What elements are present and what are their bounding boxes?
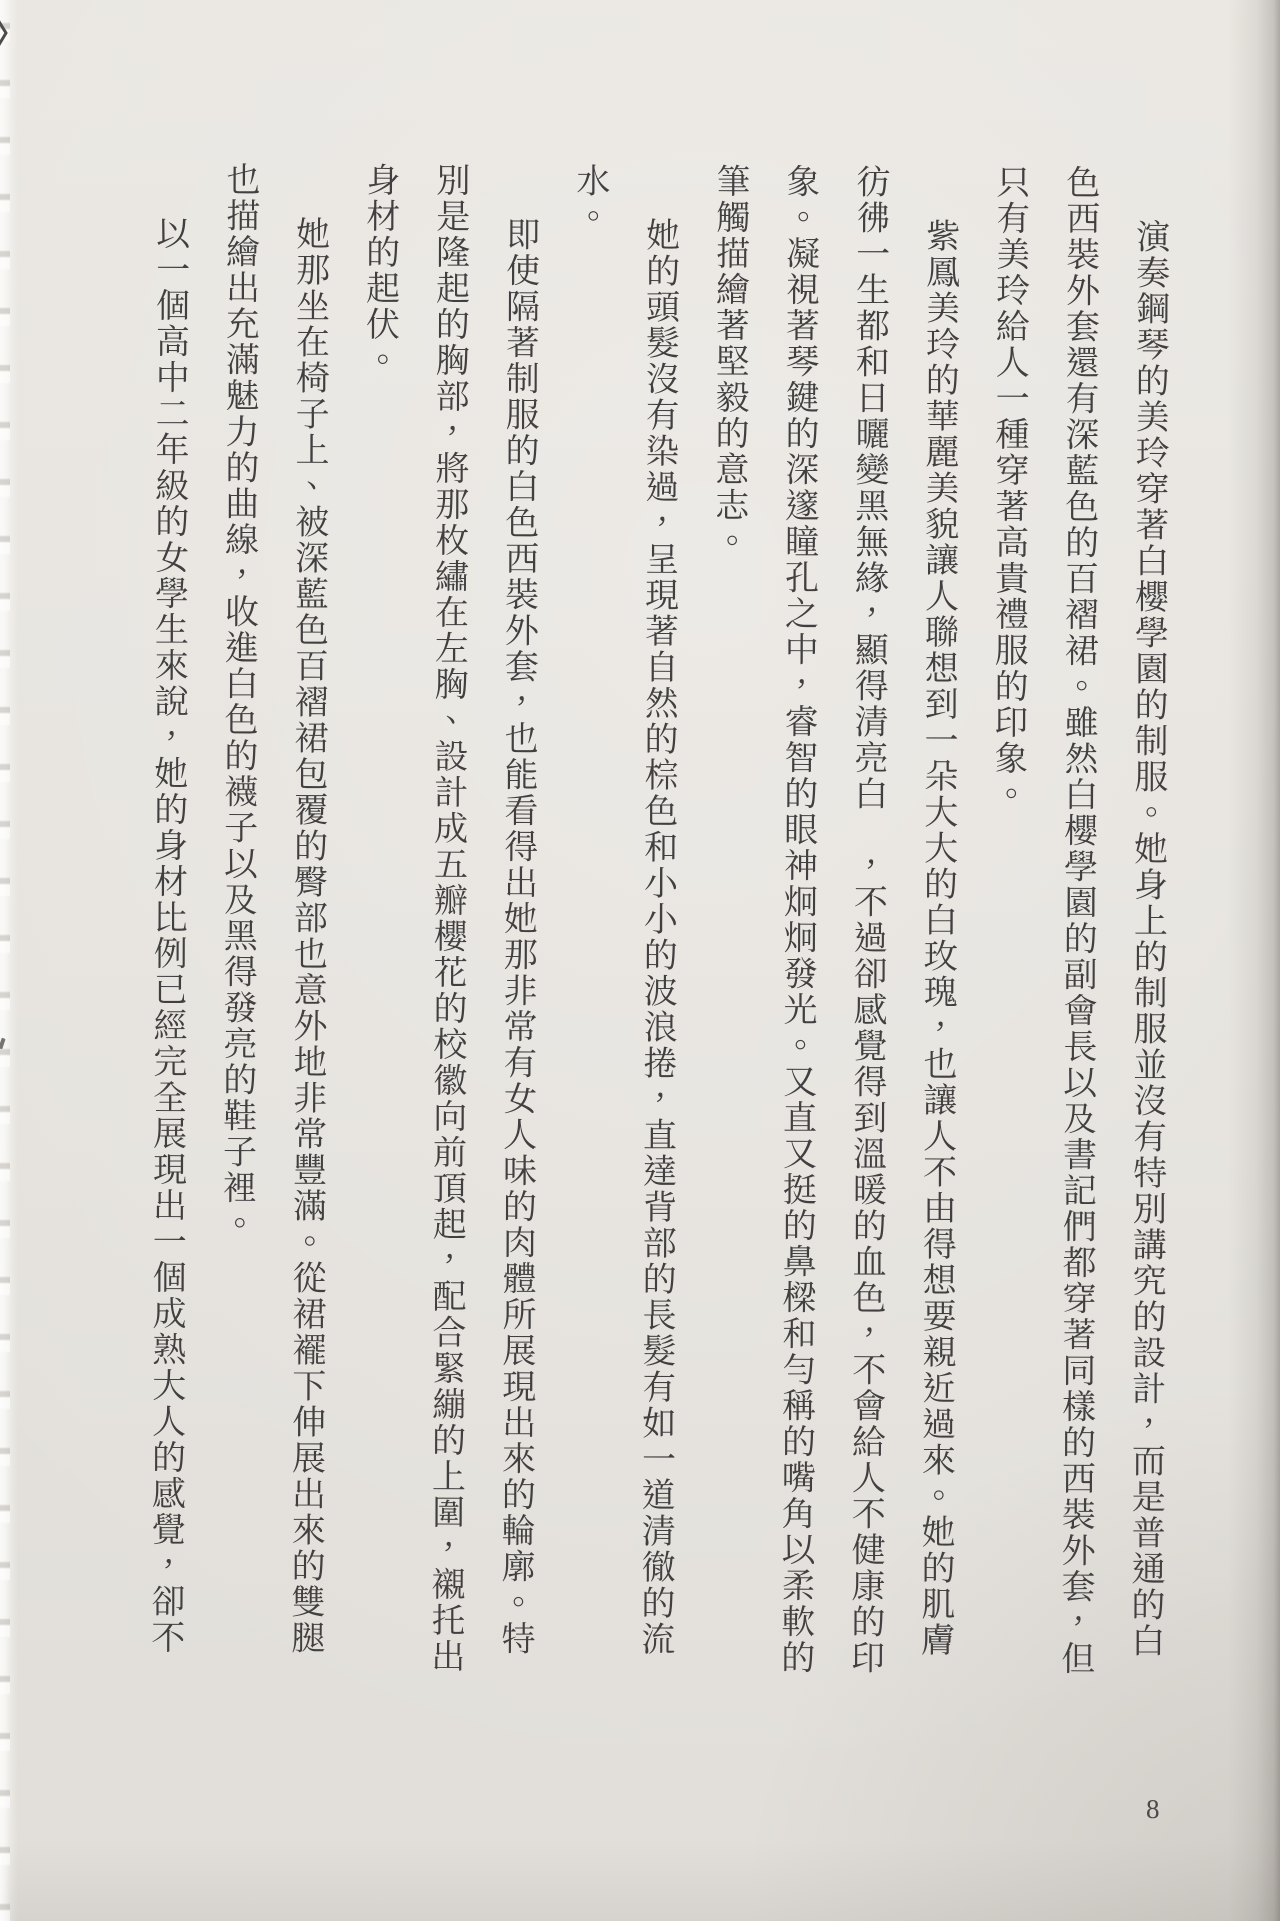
- paragraph-uniform-intro: 演奏鋼琴的美玲穿著白櫻學園的制服。她身上的制服並沒有特別講究的設計，而是普通的白…: [968, 164, 1184, 1765]
- paragraph-legs: 她那坐在椅子上、被深藍色百褶裙包覆的臀部也意外地非常豐滿。從裙襬下伸展出來的雙腿…: [198, 162, 344, 1762]
- paragraph-facial-beauty: 紫鳳美玲的華麗美貌讓人聯想到一朵大大的白玫瑰，也讓人不由得想要親近過來。她的肌膚…: [688, 163, 974, 1764]
- paragraph-mature-closing: 以一個高中二年級的女學生來說，她的身材比例已經完全展現出一個成熟大人的感覺，卻不: [128, 161, 204, 1761]
- page-right-edge-shadow: [1228, 0, 1280, 1921]
- vertical-text-block: 演奏鋼琴的美玲穿著白櫻學園的制服。她身上的制服並沒有特別講究的設計，而是普通的白…: [128, 161, 1184, 1765]
- ink-smudge-top-left: [0, 18, 13, 52]
- scanned-book-page: 演奏鋼琴的美玲穿著白櫻學園的制服。她身上的制服並沒有特別講究的設計，而是普通的白…: [0, 0, 1280, 1921]
- paragraph-figure: 即使隔著制服的白色西裝外套，也能看得出她那非常有女人味的肉體所展現出來的輪廓。特…: [338, 162, 554, 1763]
- torn-left-page-edge: [0, 0, 10, 1921]
- paragraph-hair: 她的頭髮沒有染過，呈現著自然的棕色和小小的波浪捲，直達背部的長髮有如一道清徹的流…: [548, 163, 694, 1763]
- page-number: 8: [1146, 1794, 1160, 1825]
